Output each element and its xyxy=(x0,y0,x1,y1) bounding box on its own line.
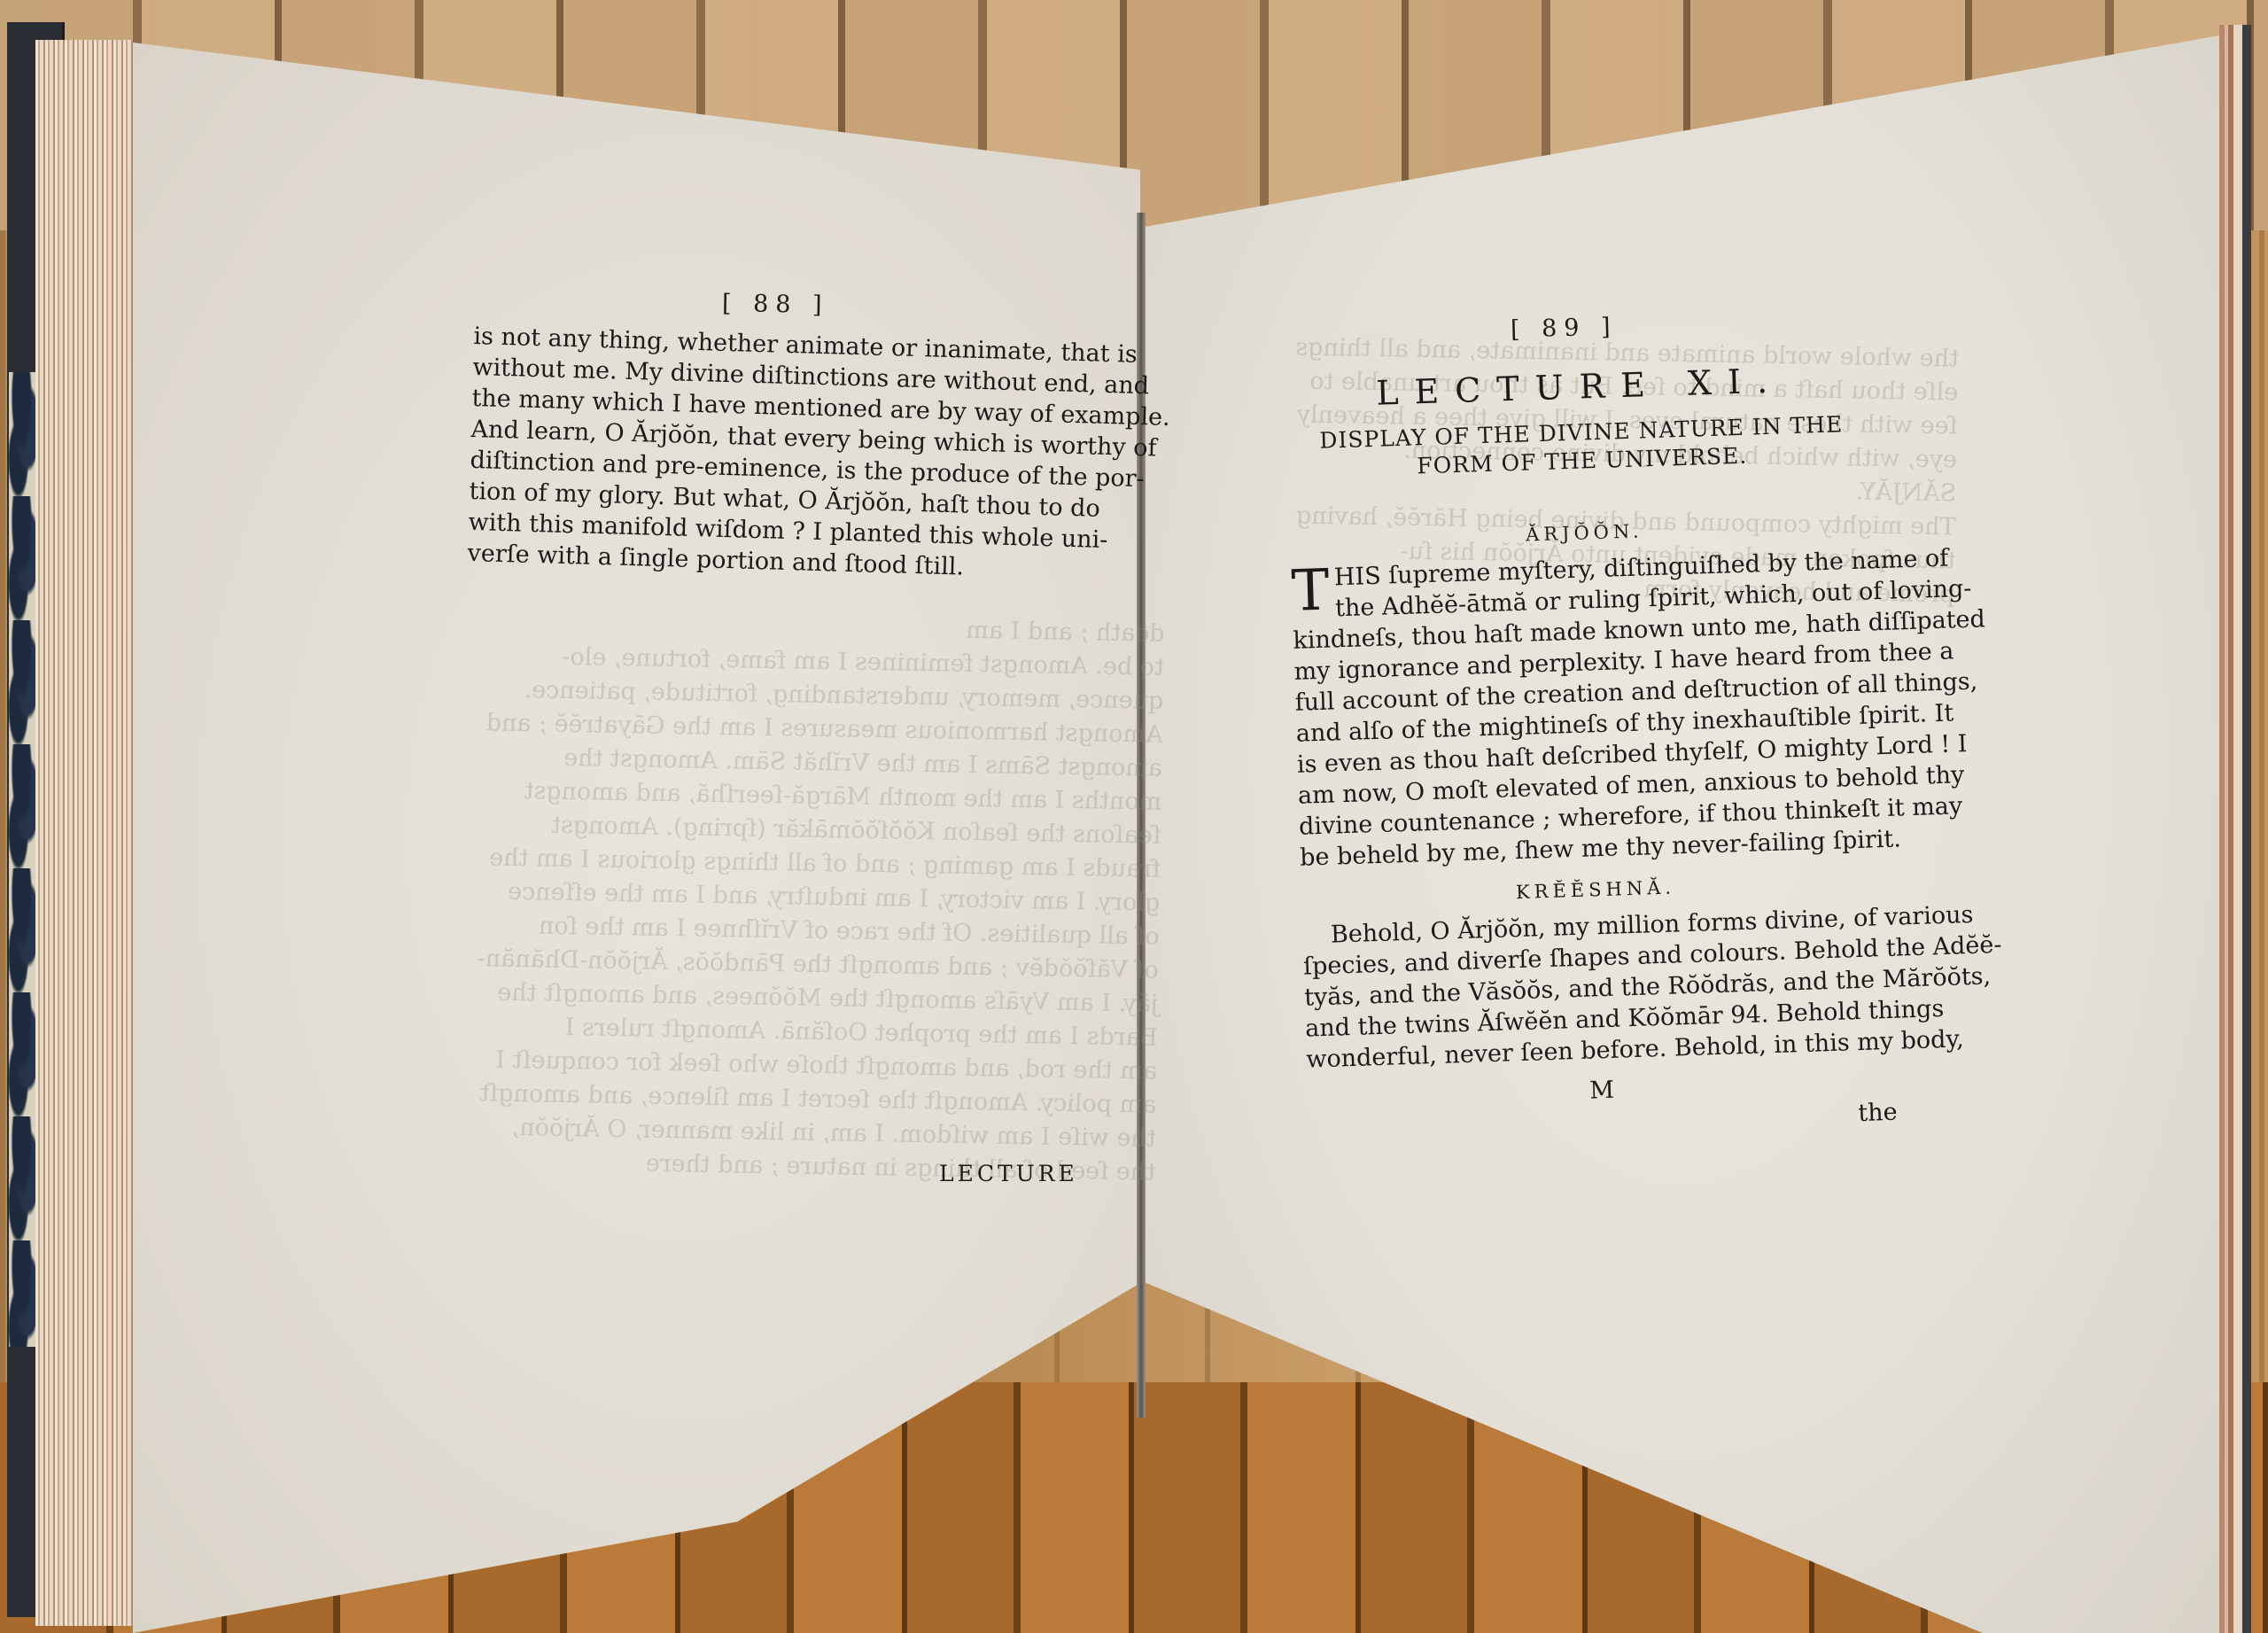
page-number-89: [ 89 ] xyxy=(1511,313,1618,343)
page-edges-right xyxy=(2219,25,2251,1633)
drop-cap: T xyxy=(1291,566,1330,617)
right-page-body: LECTURE XI. DISPLAY OF THE DIVINE NATURE… xyxy=(1285,354,1898,1146)
left-page-body: is not any thing, whether animate or ina… xyxy=(467,321,1063,585)
lecture-title: LECTURE XI. xyxy=(1285,362,1875,412)
show-through-text-left: death ; and I am to be. Amongst feminine… xyxy=(473,605,1164,1189)
paragraph-2: Behold, O Ărjŏŏn, my million forms divin… xyxy=(1301,902,1895,1076)
page-number-88: [ 88 ] xyxy=(722,290,829,319)
page-edges-left xyxy=(35,40,133,1626)
paragraph-1: T HIS ſupreme myſtery, diſtinguiſhed by … xyxy=(1291,545,1890,874)
catchword-lecture: LECTURE xyxy=(939,1161,1078,1186)
